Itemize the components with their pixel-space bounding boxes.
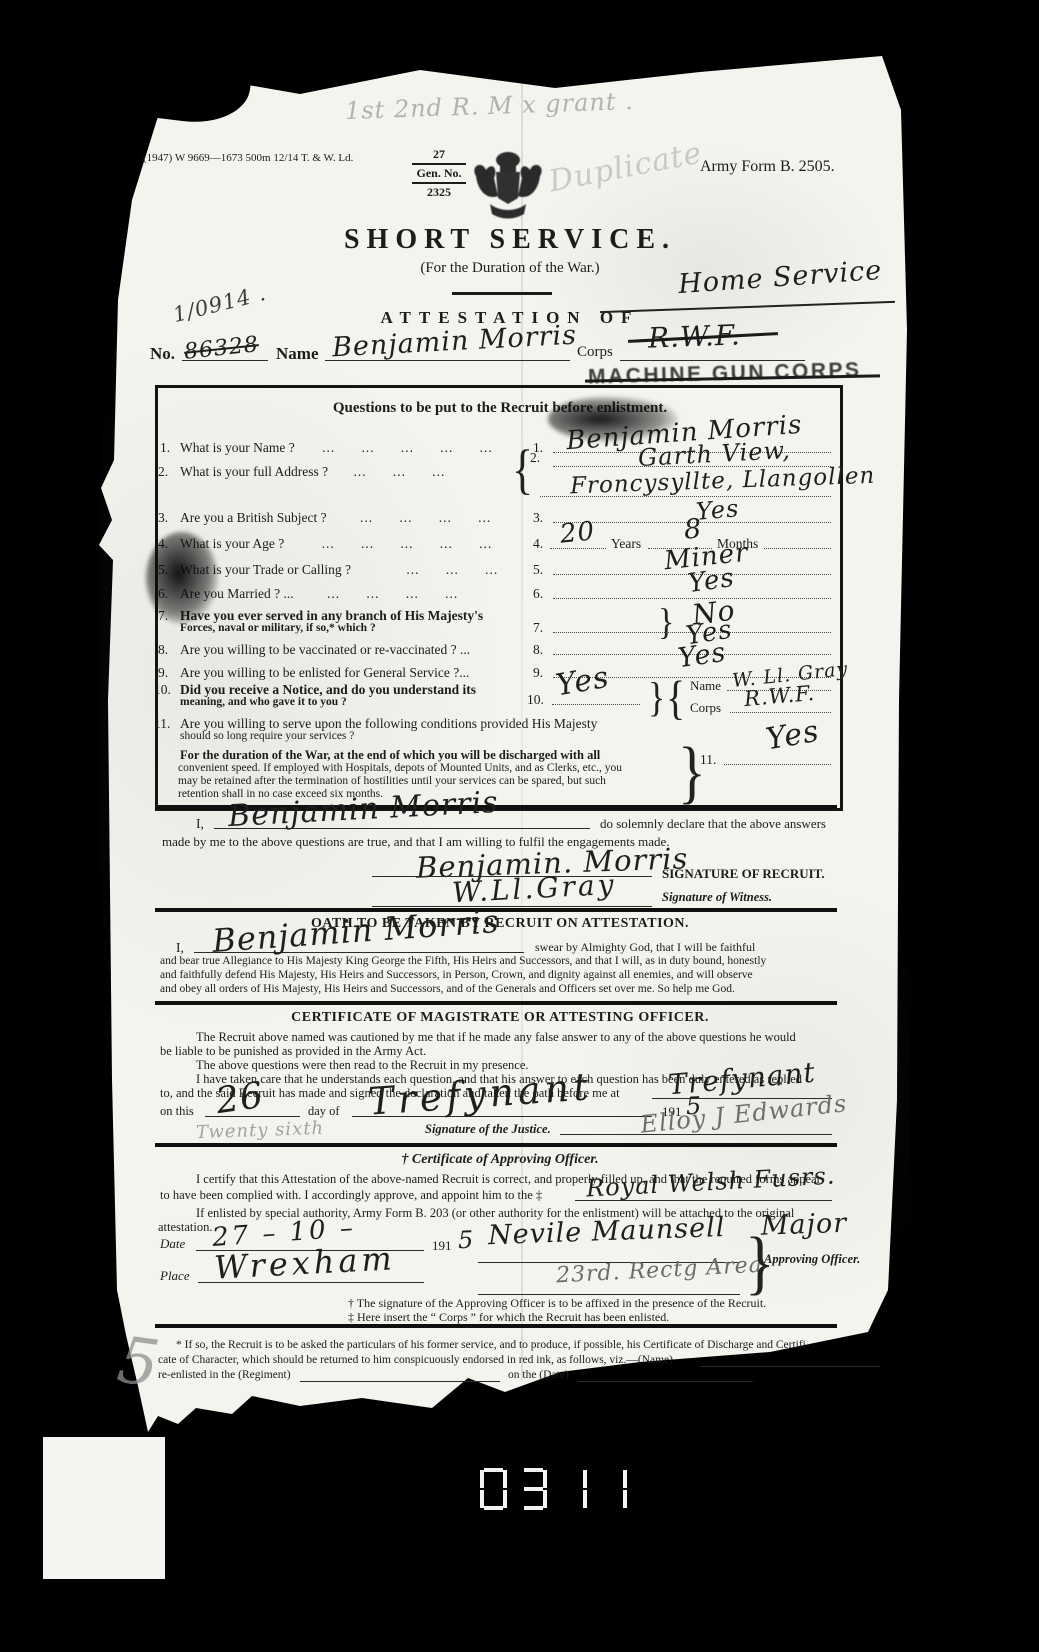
footnote-line3b: on the (Date) bbox=[508, 1369, 569, 1381]
footnote-line1: * If so, the Recruit is to be asked the … bbox=[176, 1339, 810, 1351]
q5-answer-number: 5. bbox=[533, 562, 543, 578]
q4-dots: ... ... ... ... ... bbox=[322, 536, 493, 551]
q2-number: 2. bbox=[158, 464, 168, 480]
q2-brace: { bbox=[512, 438, 533, 502]
q8-label: Are you willing to be vaccinated or re-v… bbox=[180, 642, 470, 658]
approving-p2-line2: attestation. bbox=[158, 1220, 213, 1235]
form-subtitle: (For the Duration of the War.) bbox=[330, 260, 690, 277]
royal-crest-icon bbox=[466, 146, 550, 222]
q4-label: What is your Age ? ... ... ... ... ... bbox=[180, 536, 492, 552]
title-rule bbox=[452, 292, 552, 295]
place-label: Place bbox=[160, 1268, 190, 1284]
recruit-signature-label: SIGNATURE OF RECRUIT. bbox=[662, 866, 825, 882]
frame-digit bbox=[560, 1468, 587, 1510]
q9-label: Are you willing to be enlisted for Gener… bbox=[180, 665, 469, 681]
q11-label-line2: should so long require your services ? bbox=[180, 730, 354, 742]
oath-body-line4: and obey all orders of His Majesty, His … bbox=[160, 983, 735, 995]
form-reference: Army Form B. 2505. bbox=[700, 158, 835, 176]
q1-label-text: What is your Name ? bbox=[180, 440, 295, 455]
q10-corps-label: Corps bbox=[690, 700, 721, 716]
q6-dots: ... ... ... ... bbox=[327, 586, 458, 601]
q10-label-line2: meaning, and who gave it to you ? bbox=[180, 696, 347, 708]
q2-dots: ... ... ... bbox=[353, 464, 445, 479]
q11-brace: } bbox=[678, 731, 706, 811]
declaration-i: I, bbox=[196, 816, 204, 832]
questions-title: Questions to be put to the Recruit befor… bbox=[240, 400, 760, 417]
approving-p1-line2: to have been complied with. I accordingl… bbox=[160, 1188, 542, 1203]
oath-body-line2: and bear true Allegiance to His Majesty … bbox=[160, 955, 766, 967]
frame-counter bbox=[480, 1468, 627, 1510]
q10-brace-right: { bbox=[666, 669, 685, 725]
oath-i: I, bbox=[176, 940, 184, 956]
gen-no-rule-bottom bbox=[412, 182, 466, 184]
approving-year-value: 5 bbox=[458, 1226, 475, 1255]
q4-months-value: 8 bbox=[683, 513, 703, 545]
q5-label: What is your Trade or Calling ? ... ... … bbox=[180, 562, 498, 578]
magistrate-title: CERTIFICATE OF MAGISTRATE OR ATTESTING O… bbox=[240, 1010, 760, 1026]
q4-answer-number: 4. bbox=[533, 536, 543, 552]
magistrate-p1-line1: The Recruit above named was cautioned by… bbox=[196, 1030, 796, 1045]
printer-code: (1947) W 9669—1673 500m 12/14 T. & W. Ld… bbox=[143, 152, 353, 164]
frame-digit bbox=[480, 1468, 507, 1510]
q9-number: 9. bbox=[158, 665, 168, 681]
footnote-line2: cate of Character, which should be retur… bbox=[158, 1354, 673, 1366]
unit-fill-line bbox=[478, 1280, 740, 1295]
form-title: SHORT SERVICE. bbox=[280, 224, 740, 256]
q10-number: 10. bbox=[154, 682, 171, 698]
approving-footnote2: ‡ Here insert the “ Corps ” for which th… bbox=[348, 1310, 669, 1325]
q4-months-line2 bbox=[764, 534, 831, 549]
oath-body-line1: swear by Almighty God, that I will be fa… bbox=[535, 940, 755, 955]
q11-answer-number: 11. bbox=[700, 752, 716, 768]
gen-no-label: Gen. No. bbox=[408, 166, 470, 181]
approving-footnote1: † The signature of the Approving Officer… bbox=[348, 1296, 766, 1311]
q4-years-label: Years bbox=[611, 536, 641, 552]
frame-digit bbox=[520, 1468, 547, 1510]
magistrate-rule-top bbox=[155, 1001, 837, 1005]
approving-officer-label: Approving Officer. bbox=[764, 1252, 860, 1267]
q8-answer-number: 8. bbox=[533, 642, 543, 658]
q11-answer-line bbox=[724, 750, 831, 765]
gen-no-block: 27 Gen. No. 2325 bbox=[408, 147, 470, 200]
q1-dots: ... ... ... ... ... bbox=[322, 440, 493, 455]
footnote-date-line bbox=[578, 1367, 753, 1382]
approving-rule-bottom bbox=[155, 1324, 837, 1328]
q6-answer-number: 6. bbox=[533, 586, 543, 602]
q3-label: Are you a British Subject ? ... ... ... … bbox=[180, 510, 491, 526]
gen-no-value: 2325 bbox=[408, 185, 470, 200]
scanned-attestation-page: 1st 2nd R. M x grant . (1947) W 9669—167… bbox=[0, 0, 1039, 1652]
approving-year-label: 191 bbox=[432, 1238, 452, 1254]
footnote-name-line bbox=[700, 1352, 880, 1367]
q2-label-text: What is your full Address ? bbox=[180, 464, 328, 479]
justice-label: Signature of the Justice. bbox=[425, 1122, 551, 1137]
witness-signature-line bbox=[372, 892, 652, 907]
approving-rule-top bbox=[155, 1143, 837, 1147]
day-of-label: day of bbox=[308, 1104, 340, 1119]
q3-answer-number: 3. bbox=[533, 510, 543, 526]
footnote-regiment-line bbox=[300, 1367, 500, 1382]
q1-label: What is your Name ? ... ... ... ... ... bbox=[180, 440, 493, 456]
q11-conditions-line3: may be retained after the termination of… bbox=[178, 775, 606, 787]
q3-dots: ... ... ... ... bbox=[360, 510, 491, 525]
q7-label-line2: Forces, naval or military, if so,* which… bbox=[180, 622, 376, 634]
no-fill-line bbox=[182, 344, 268, 361]
film-edge-card bbox=[43, 1437, 165, 1579]
q11-conditions-line1: For the duration of the War, at the end … bbox=[180, 748, 600, 763]
q5-dots: ... ... ... bbox=[406, 562, 498, 577]
gen-no-top: 27 bbox=[408, 147, 470, 162]
q4-years-value: 20 bbox=[559, 516, 597, 550]
q2-answer-number: 2. bbox=[530, 450, 540, 466]
q10-brace-left: } bbox=[648, 673, 665, 721]
name-label: Name bbox=[276, 344, 318, 364]
frame-digit bbox=[600, 1468, 627, 1510]
oath-body-line3: and faithfully defend His Majesty, His H… bbox=[160, 969, 753, 981]
approving-title: † Certificate of Approving Officer. bbox=[290, 1152, 710, 1168]
declaration-text1: do solemnly declare that the above answe… bbox=[600, 816, 826, 832]
footnote-line3a: re-enlisted in the (Regiment) bbox=[158, 1369, 291, 1381]
date-label: Date bbox=[160, 1236, 185, 1252]
q3-number: 3. bbox=[158, 510, 168, 526]
footnote-line2-text: cate of Character, which should be retur… bbox=[158, 1354, 673, 1366]
q9-answer-number: 9. bbox=[533, 665, 543, 681]
q6-label: Are you Married ? ... ... ... ... ... bbox=[180, 586, 458, 602]
q2-label: What is your full Address ? ... ... ... bbox=[180, 464, 445, 480]
q3-label-text: Are you a British Subject ? bbox=[180, 510, 327, 525]
no-label: No. bbox=[150, 344, 175, 364]
ink-blot bbox=[548, 396, 678, 442]
pencil-day-note: Twenty sixth bbox=[196, 1118, 325, 1143]
magistrate-p2: The above questions were then read to th… bbox=[196, 1058, 529, 1073]
ink-blot bbox=[146, 532, 218, 624]
q10-answer-number: 10. bbox=[527, 692, 544, 708]
corps-label: Corps bbox=[577, 344, 613, 361]
on-this-label: on this bbox=[160, 1104, 194, 1119]
witness-signature-label: Signature of Witness. bbox=[662, 890, 772, 905]
day-value: 26 bbox=[213, 1075, 266, 1122]
gen-no-rule-top bbox=[412, 163, 466, 165]
magistrate-p1-line2: be liable to be punished as provided in … bbox=[160, 1044, 426, 1059]
q1-number: 1. bbox=[160, 440, 170, 456]
q11-conditions-line2: convenient speed. If employed with Hospi… bbox=[178, 762, 622, 774]
q8-number: 8. bbox=[158, 642, 168, 658]
q10-name-label: Name bbox=[690, 678, 721, 694]
q7-answer-number: 7. bbox=[533, 620, 543, 636]
q11-number: 11. bbox=[154, 716, 170, 732]
